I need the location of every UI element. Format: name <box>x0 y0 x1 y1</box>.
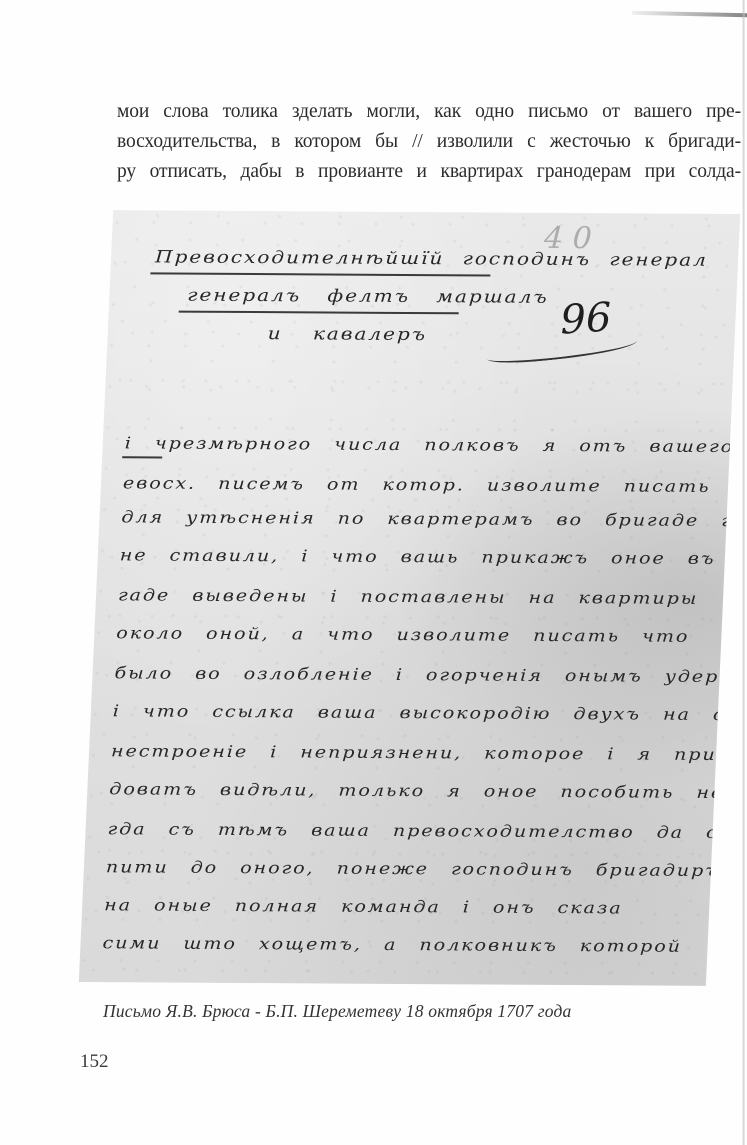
manuscript-text-line: пити до оного, понеже господинъ бригадир… <box>106 858 741 881</box>
page-number: 152 <box>80 1051 109 1073</box>
manuscript-salutation-line: генералъ фелтъ маршалъ <box>187 284 549 307</box>
manuscript-photograph: 4 0 Превосходителнѣйшїй господинъ генера… <box>79 210 740 986</box>
manuscript-text-line: около оной, а что изволите писать что <box>116 624 690 646</box>
scan-artifact-mark <box>632 11 747 17</box>
manuscript-text-line: нестроеніе і неприязнени, которое і я пр… <box>111 742 740 765</box>
manuscript-text-line: доватъ видѣли, только я оное пособить не… <box>109 780 740 803</box>
manuscript-text-line: гаде выведены і поставлены на квартиры <box>118 586 699 608</box>
manuscript-underline <box>179 311 459 315</box>
figure-caption: Письмо Я.В. Брюса - Б.П. Шереметеву 18 о… <box>103 1001 703 1022</box>
body-text-paragraph: мои слова толика зделать могли, как одно… <box>117 97 741 187</box>
book-page: мои слова толика зделать могли, как одно… <box>0 0 747 1145</box>
body-text-line: ру отписать, дабы в провианте и квартира… <box>117 157 741 187</box>
manuscript-salutation-line: и кавалеръ <box>267 323 427 344</box>
manuscript-text-line: і чрезмѣрного числа полковъ я отъ вашего… <box>124 434 740 457</box>
body-text-line: восходительства, в котором бы // изволил… <box>117 127 741 157</box>
manuscript-text-line: сими што хощетъ, а полковникъ которой <box>102 934 682 956</box>
manuscript-underline <box>150 272 490 276</box>
manuscript-text-line: евосх. писемъ от котор. изволите писать … <box>123 474 741 497</box>
manuscript-text-line: і что ссылка ваша высокородію двухъ на о… <box>112 702 740 725</box>
body-text-line: мои слова толика зделать могли, как одно… <box>117 97 741 127</box>
manuscript-salutation-line: Превосходителнѣйшїй господинъ генерал <box>155 246 709 270</box>
manuscript-text-line: не ставили, і что вашь прикажъ оное въ б… <box>119 546 740 569</box>
manuscript-text-line: было во озлобленіе і огорченія онымъ уде… <box>114 664 740 687</box>
manuscript-text-line: на оные полная команда і онъ сказа <box>104 896 623 918</box>
manuscript-text-line: гда съ тѣмъ ваша превосходителство да сд… <box>107 820 740 843</box>
page-gutter-shadow <box>742 0 745 1145</box>
manuscript-underline <box>122 456 162 458</box>
manuscript-text-line: для утѣсненія по квартерамъ во бригаде г… <box>121 508 740 531</box>
